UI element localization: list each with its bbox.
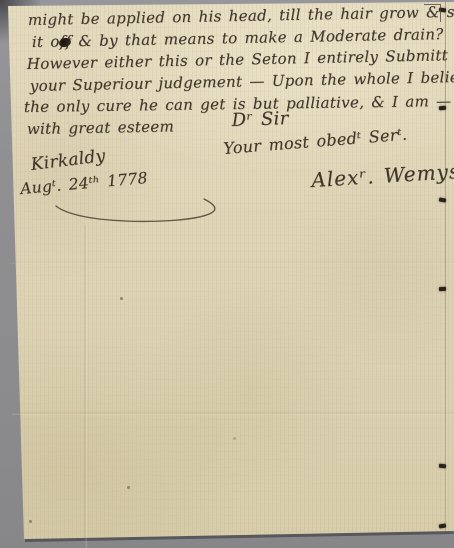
letter-line: with great esteem — [27, 119, 174, 137]
paper-speck — [29, 520, 32, 523]
paper-speck — [233, 437, 236, 440]
closing-salutation: Dʳ Sir — [231, 110, 288, 130]
pen-flourish — [54, 197, 222, 225]
paper-speck — [127, 486, 130, 489]
photograph-background: might be applied on his head, till the h… — [0, 0, 454, 548]
paper-speck — [120, 297, 123, 300]
binding-stitch-mark — [439, 464, 446, 469]
binding-stitch-mark — [439, 287, 446, 291]
